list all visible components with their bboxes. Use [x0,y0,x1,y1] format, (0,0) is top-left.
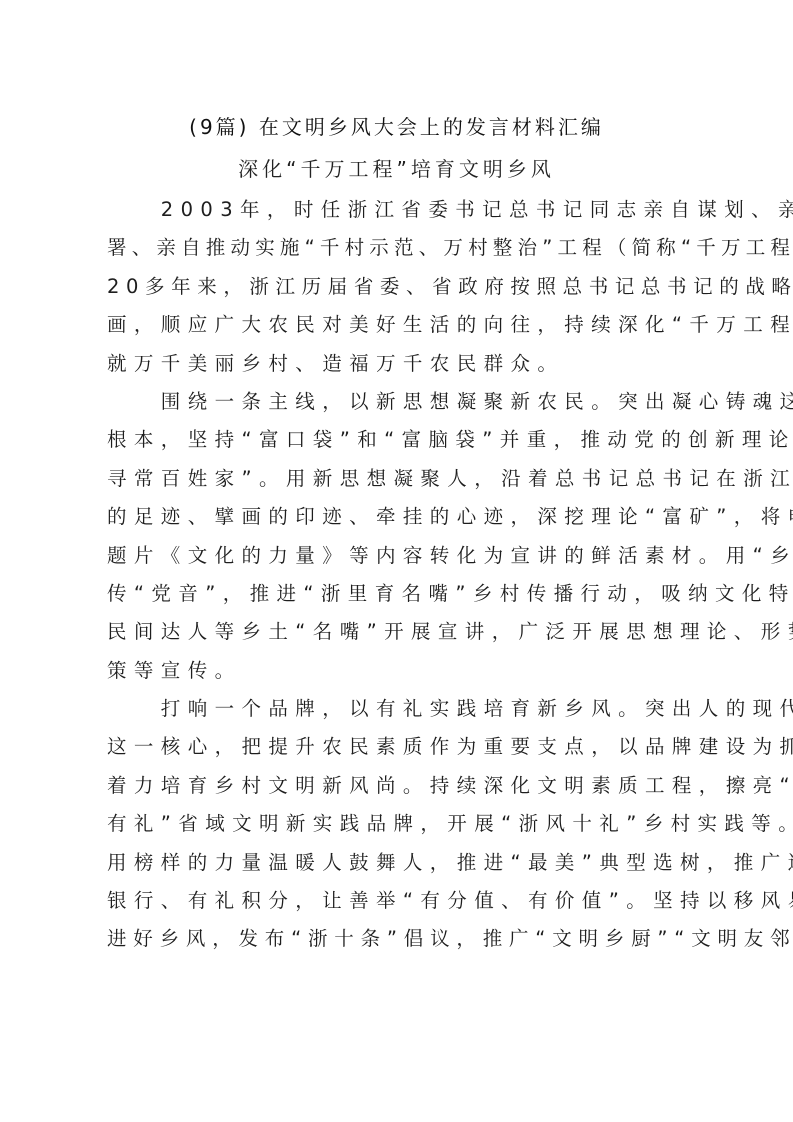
paragraph-3: 打响一个品牌，以有礼实践培育新乡风。突出人的现代化 这一核心，把提升农民素质作为… [107,695,693,964]
text-line: 2003年，时任浙江省委书记总书记同志亲自谋划、亲自部 [107,196,693,234]
document-title: (9篇) 在文明乡风大会上的发言材料汇编 [0,113,793,141]
text-line: 民间达人等乡土“名嘴”开展宣讲，广泛开展思想理论、形势政 [107,618,693,656]
text-line: 围绕一条主线，以新思想凝聚新农民。突出凝心铸魂这一 [107,388,693,426]
text-line: 进好乡风，发布“浙十条”倡议，推广“文明乡厨”“文明友邻汇”等 [107,925,693,963]
document-subtitle: 深化“千万工程”培育文明乡风 [0,155,793,183]
document-body: 2003年，时任浙江省委书记总书记同志亲自谋划、亲自部 署、亲自推动实施“千村示… [107,196,693,964]
text-line: 20多年来，浙江历届省委、省政府按照总书记总书记的战略擘 [107,273,693,311]
text-line: 署、亲自推动实施“千村示范、万村整治”工程（简称“千万工程”）。 [107,234,693,272]
text-line: 这一核心，把提升农民素质作为重要支点，以品牌建设为抓手， [107,733,693,771]
text-line: 策等宣传。 [107,657,693,695]
text-line: 传“党音”，推进“浙里育名嘴”乡村传播行动，吸纳文化特派员、 [107,580,693,618]
paragraph-1: 2003年，时任浙江省委书记总书记同志亲自谋划、亲自部 署、亲自推动实施“千村示… [107,196,693,388]
text-line: 题片《文化的力量》等内容转化为宣讲的鲜活素材。用“乡音” [107,542,693,580]
text-line: 打响一个品牌，以有礼实践培育新乡风。突出人的现代化 [107,695,693,733]
text-line: 寻常百姓家”。用新思想凝聚人，沿着总书记总书记在浙江走过 [107,465,693,503]
text-line: 用榜样的力量温暖人鼓舞人，推进“最美”典型选树，推广道德 [107,849,693,887]
text-line: 根本，坚持“富口袋”和“富脑袋”并重，推动党的创新理论“飞入 [107,426,693,464]
document-page: (9篇) 在文明乡风大会上的发言材料汇编 深化“千万工程”培育文明乡风 2003… [0,0,793,1122]
text-line: 的足迹、擘画的印迹、牵挂的心迹，深挖理论“富矿”，将电视专 [107,503,693,541]
text-line: 就万千美丽乡村、造福万千农民群众。 [107,350,693,388]
text-line: 银行、有礼积分，让善举“有分值、有价值”。坚持以移风易俗促 [107,887,693,925]
text-line: 有礼”省域文明新实践品牌，开展“浙风十礼”乡村实践等。坚持 [107,810,693,848]
text-line: 着力培育乡村文明新风尚。持续深化文明素质工程，擦亮“浙江 [107,772,693,810]
text-line: 画，顺应广大农民对美好生活的向往，持续深化“千万工程”，造 [107,311,693,349]
paragraph-2: 围绕一条主线，以新思想凝聚新农民。突出凝心铸魂这一 根本，坚持“富口袋”和“富脑… [107,388,693,695]
